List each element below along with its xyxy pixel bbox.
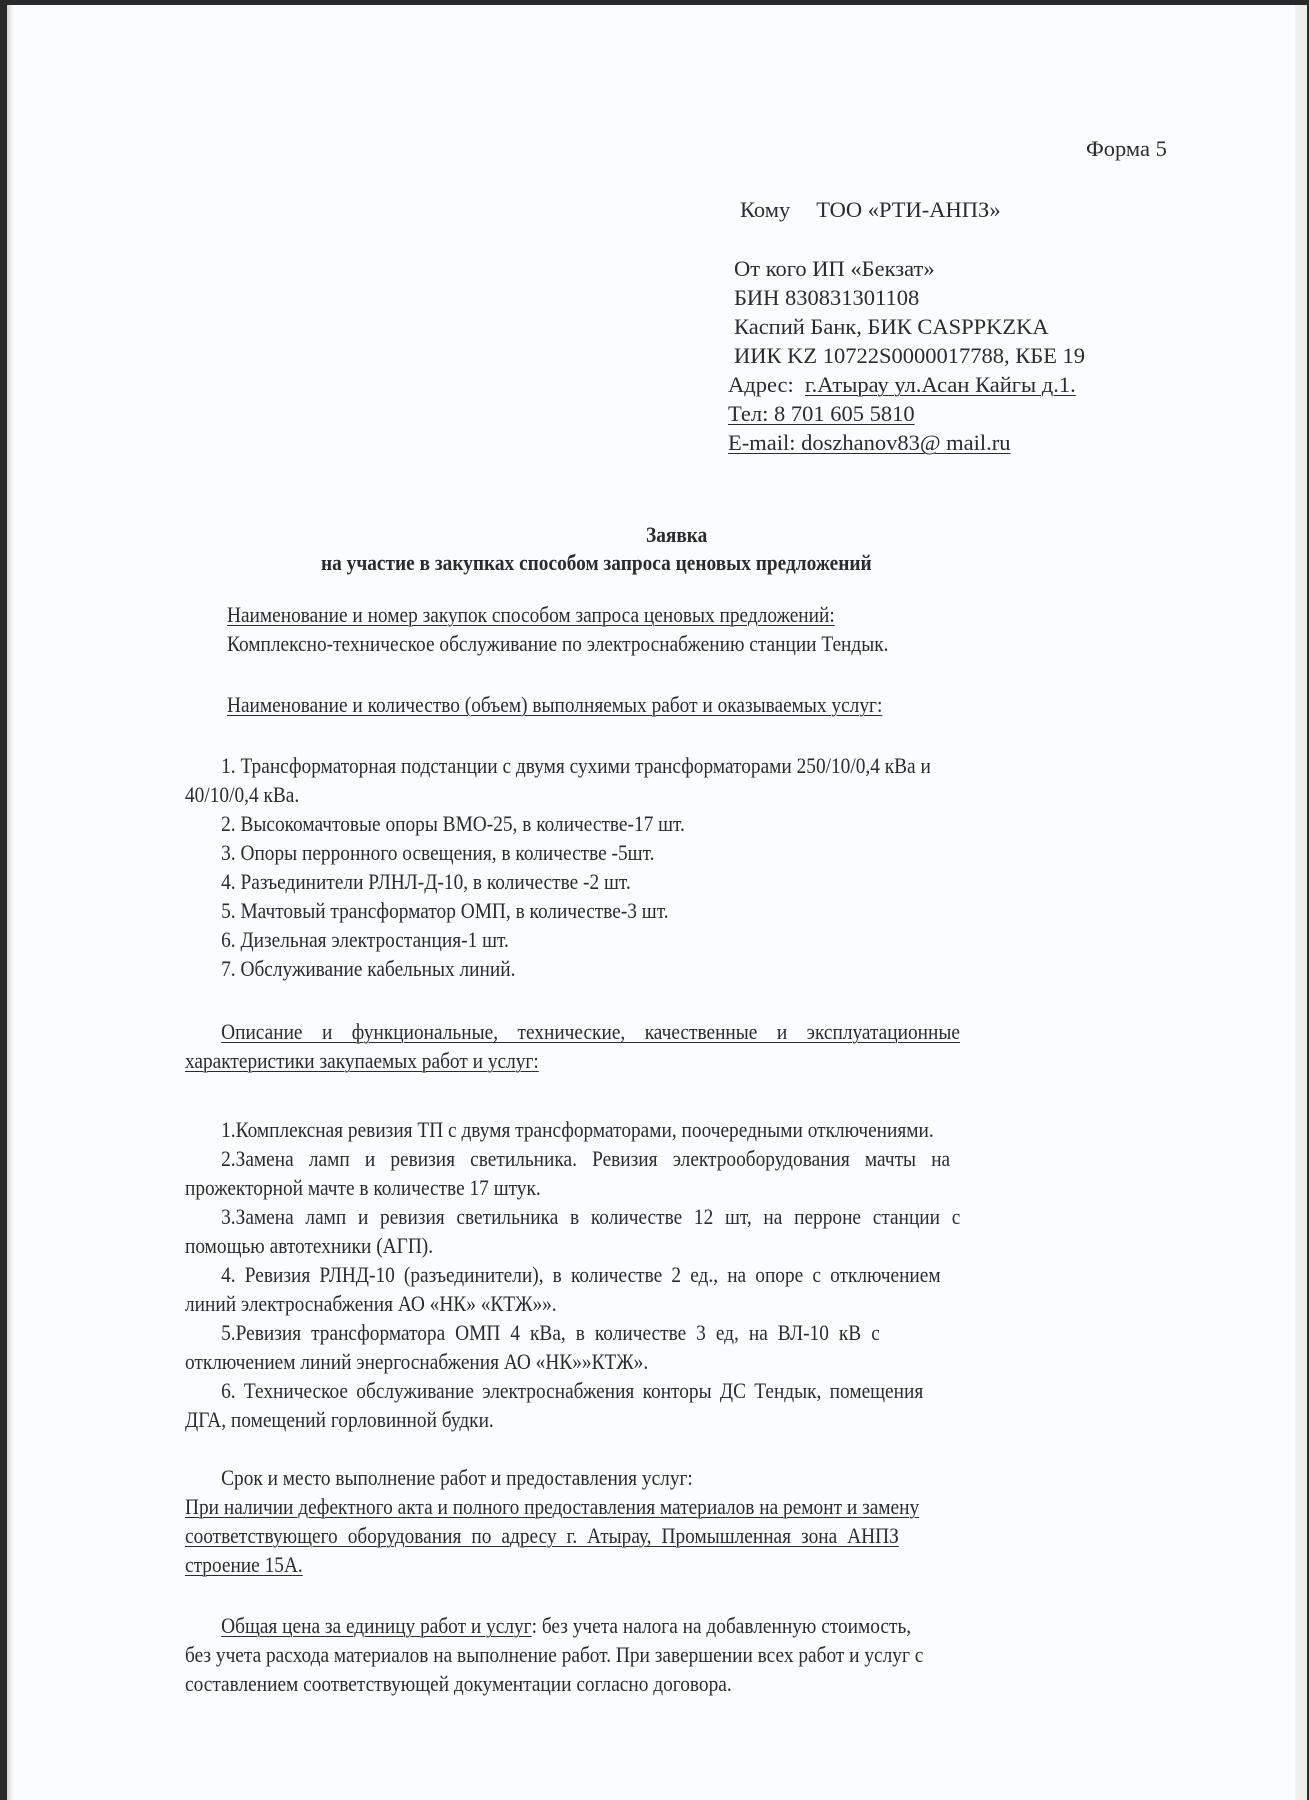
sender-email: E-mail: doszhanov83@ mail.ru: [728, 429, 1011, 457]
terms-line: соответствующего оборудования по адресу …: [185, 1521, 1185, 1550]
works-item: 6. Дизельная электростанция-1 шт.: [185, 925, 1185, 954]
works-item: 5. Мачтовый трансформатор ОМП, в количес…: [185, 896, 1185, 925]
sender-bank: Каспий Банк, БИК CASPPKZKA: [734, 313, 1049, 341]
description-item-continuation: помощью автотехники (АГП).: [185, 1231, 1185, 1260]
description-item-continuation: отключением линий энергоснабжения АО «НК…: [185, 1347, 1185, 1376]
works-item: 3. Опоры перронного освещения, в количес…: [185, 838, 1185, 867]
sender-address-line: Адрес: г.Атырау ул.Асан Кайгы д.1.: [728, 371, 1076, 399]
section-description-heading-cont: характеристики закупаемых работ и услуг:: [185, 1046, 1185, 1075]
price-line: без учета расхода материалов на выполнен…: [185, 1640, 1185, 1669]
address-label: Адрес:: [728, 372, 794, 397]
document-subtitle: на участие в закупках способом запроса ц…: [321, 549, 872, 577]
description-item: 5.Ревизия трансформатора ОМП 4 кВа, в ко…: [185, 1318, 1185, 1347]
works-item: 1. Трансформаторная подстанции с двумя с…: [185, 751, 1185, 780]
document-title: Заявка: [646, 521, 707, 549]
section-price-heading: Общая цена за единицу работ и услуг: [221, 1613, 532, 1638]
price-text: : без учета налога на добавленную стоимо…: [532, 1613, 912, 1638]
scan-edge: [1295, 5, 1307, 1800]
sender-from: От кого ИП «Бекзат»: [734, 255, 935, 283]
description-item-continuation: прожекторной мачте в количестве 17 штук.: [185, 1173, 1185, 1202]
sender-phone: Тел: 8 701 605 5810: [728, 400, 915, 428]
section-description: Описание и функциональные, технические, …: [185, 1017, 1185, 1434]
address-value: г.Атырау ул.Асан Кайгы д.1.: [805, 372, 1076, 397]
recipient-line: КомуТОО «РТИ-АНПЗ»: [740, 196, 1001, 224]
section-terms-heading: Срок и место выполнение работ и предоста…: [185, 1463, 1185, 1492]
description-item: 6. Техническое обслуживание электроснабж…: [185, 1376, 1185, 1405]
section-description-heading: Описание и функциональные, технические, …: [185, 1017, 1185, 1046]
works-item: 2. Высокомачтовые опоры ВМО-25, в количе…: [185, 809, 1185, 838]
sender-iik: ИИК KZ 10722S0000017788, КБЕ 19: [734, 342, 1085, 370]
description-item: 2.Замена ламп и ревизия светильника. Рев…: [185, 1144, 1185, 1173]
section-price: Общая цена за единицу работ и услуг: без…: [185, 1611, 1185, 1698]
section-works-heading: Наименование и количество (объем) выполн…: [227, 691, 882, 719]
description-item-continuation: линий электроснабжения АО «НК» «КТЖ»».: [185, 1289, 1185, 1318]
works-list: 1. Трансформаторная подстанции с двумя с…: [185, 751, 1185, 983]
works-item: 4. Разъединители РЛНЛ-Д-10, в количестве…: [185, 867, 1185, 896]
description-item-continuation: ДГА, помещений горловинной будки.: [185, 1405, 1185, 1434]
price-line: Общая цена за единицу работ и услуг: без…: [185, 1611, 1185, 1640]
terms-line: При наличии дефектного акта и полного пр…: [185, 1492, 1185, 1521]
price-line: составлением соответствующей документаци…: [185, 1669, 1185, 1698]
section-name-text: Комплексно-техническое обслуживание по э…: [227, 630, 889, 658]
description-item: 1.Комплексная ревизия ТП с двумя трансфо…: [185, 1115, 1185, 1144]
recipient-label: Кому: [740, 197, 790, 222]
terms-line: строение 15А.: [185, 1550, 1185, 1579]
description-item: 3.Замена ламп и ревизия светильника в ко…: [185, 1202, 1185, 1231]
works-item-continuation: 40/10/0,4 кВа.: [185, 780, 1185, 809]
works-item: 7. Обслуживание кабельных линий.: [185, 954, 1185, 983]
recipient-name: ТОО «РТИ-АНПЗ»: [816, 197, 1000, 222]
description-item: 4. Ревизия РЛНД-10 (разъединители), в ко…: [185, 1260, 1185, 1289]
sender-bin: БИН 830831301108: [734, 284, 919, 312]
scanned-document-page: Форма 5 КомуТОО «РТИ-АНПЗ» От кого ИП «Б…: [7, 5, 1307, 1800]
section-terms: Срок и место выполнение работ и предоста…: [185, 1463, 1185, 1579]
section-name-heading: Наименование и номер закупок способом за…: [227, 601, 835, 629]
form-label: Форма 5: [1086, 135, 1167, 163]
